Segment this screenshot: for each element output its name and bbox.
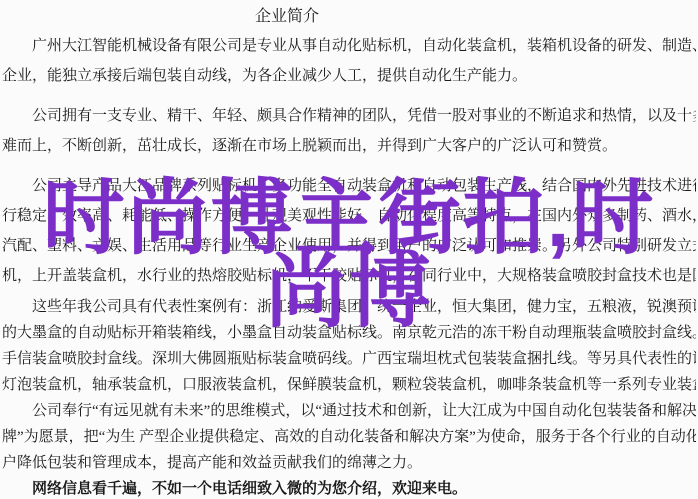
paragraph-line: 牌”为愿景，把“为生 产型企业提供稳定、高效的自动化装备和解决方案”为使命，服务… (2, 424, 696, 450)
paragraph-line: 公司拥有一支专业、精干、年轻、颇具合作精神的团队，凭借一股对事业的不断追求和热情… (2, 101, 696, 131)
paragraph-line: 广州大江智能机械设备有限公司是专业从事自动化贴标机，自动化装盒机，装箱机设备的研… (2, 31, 696, 61)
paragraph-line: 户降低包装和管理成本，提高产能和效益贡献我们的绵薄之力。 (2, 450, 696, 476)
paragraph-line: 企业，能独立承接后端包装自动线，为各企业减少人工，提供自动化生产能力。 (2, 61, 696, 91)
overlay-title-line: 时尚博主街拍,时 (0, 182, 698, 255)
paragraph-line: 手信装盒喷胶封盒线。深圳大佛圆瓶贴标装盒喷码线。广西宝瑞坦枕式包装装盒捆扎线。等… (2, 346, 696, 372)
paragraph: 公司拥有一支专业、精干、年轻、颇具合作精神的团队，凭借一股对事业的不断追求和热情… (2, 101, 696, 161)
page-title: 企业简介 (2, 6, 572, 28)
paragraph: 公司奉行“有远见就有未来”的思维模式，以“通过技术和创新，让大江成为中国自动化包… (2, 398, 696, 476)
paragraph-line: 难而上，不断创新，茁壮成长，逐渐在市场上脱颖而出，并得到广大客户的广泛认可和赞赏… (2, 131, 696, 161)
paragraph-line: 网络信息看千遍，不如一个电话细致入微的为您介绍，欢迎来电。 (2, 476, 696, 499)
paragraph-line: 灯泡装盒机，轴承装盒机，口服液装盒机，保鲜膜装盒机，颗粒袋装盒机，咖啡条装盒机等… (2, 372, 696, 398)
paragraph: 广州大江智能机械设备有限公司是专业从事自动化贴标机，自动化装盒机，装箱机设备的研… (2, 31, 696, 91)
overlay-title-link[interactable]: 时尚博主街拍,时 尚博 (0, 182, 698, 328)
overlay-title-line: 尚博 (0, 255, 698, 328)
paragraph-line: 公司奉行“有远见就有未来”的思维模式，以“通过技术和创新，让大江成为中国自动化包… (2, 398, 696, 424)
closing-line: 网络信息看千遍，不如一个电话细致入微的为您介绍，欢迎来电。 (2, 476, 696, 499)
